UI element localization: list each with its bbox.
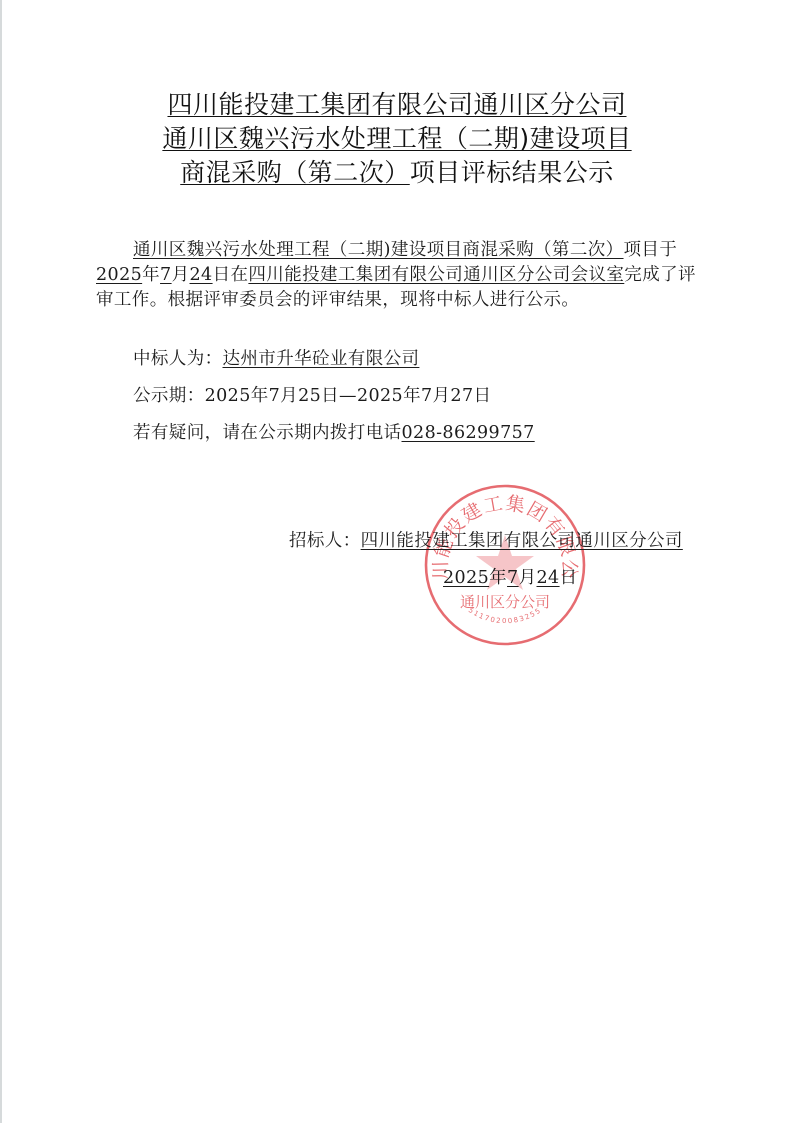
signer-value: 四川能投建工集团有限公司通川区分公司	[361, 531, 683, 551]
winner-line: 中标人为：达州市升华砼业有限公司	[133, 347, 419, 372]
sign-date: 2025年7月24日	[443, 566, 577, 591]
intro-year-unit: 年	[142, 265, 160, 285]
title-line-2-text: 通川区魏兴污水处理工程（二期)建设项目	[162, 124, 631, 153]
intro-year: 2025	[96, 265, 142, 285]
contact-label: 若有疑问，请在公示期内拨打电话	[133, 423, 402, 443]
title-line-1-text: 四川能投建工集团有限公司通川区分公司	[167, 90, 626, 119]
period-line: 公示期：2025年7月25日—2025年7月27日	[133, 384, 491, 409]
title-line-1: 四川能投建工集团有限公司通川区分公司	[0, 88, 794, 122]
sign-date-month-unit: 月	[519, 568, 537, 588]
title-line-3-underlined: 商混采购（第二次）	[180, 158, 410, 187]
title-line-2: 通川区魏兴污水处理工程（二期)建设项目	[0, 122, 794, 156]
intro-month: 7	[160, 265, 172, 285]
title-line-3: 商混采购（第二次）项目评标结果公示	[0, 156, 794, 190]
sign-date-day-unit: 日	[560, 568, 578, 588]
winner-value: 达州市升华砼业有限公司	[223, 349, 420, 369]
title-line-3-suffix: 项目评标结果公示	[410, 158, 614, 187]
period-value: 2025年7月25日—2025年7月27日	[205, 386, 492, 406]
official-seal: 四川能投建工集团有限公司 通川区分公司 5117020083255	[423, 483, 587, 647]
intro-paragraph: 通川区魏兴污水处理工程（二期)建设项目商混采购（第二次）项目于2025年7月24…	[96, 238, 706, 313]
intro-project-name: 通川区魏兴污水处理工程（二期)建设项目商混采购（第二次）	[133, 240, 624, 260]
intro-location: 四川能投建工集团有限公司通川区分公司会议室	[248, 265, 624, 285]
sign-date-month: 7	[507, 568, 519, 588]
intro-text: 项目于	[624, 240, 678, 260]
signer-label: 招标人：	[289, 531, 361, 551]
intro-day: 24	[190, 265, 213, 285]
intro-month-unit: 月	[172, 265, 190, 285]
winner-label: 中标人为：	[133, 349, 223, 369]
sign-date-year: 2025	[443, 568, 489, 588]
contact-line: 若有疑问，请在公示期内拨打电话028-86299757	[133, 421, 535, 446]
period-label: 公示期：	[133, 386, 205, 406]
sign-date-day: 24	[537, 568, 560, 588]
contact-phone: 028-86299757	[402, 423, 535, 443]
signer-line: 招标人：四川能投建工集团有限公司通川区分公司	[289, 529, 683, 554]
sign-date-year-unit: 年	[489, 568, 507, 588]
intro-day-unit: 日在	[213, 265, 249, 285]
